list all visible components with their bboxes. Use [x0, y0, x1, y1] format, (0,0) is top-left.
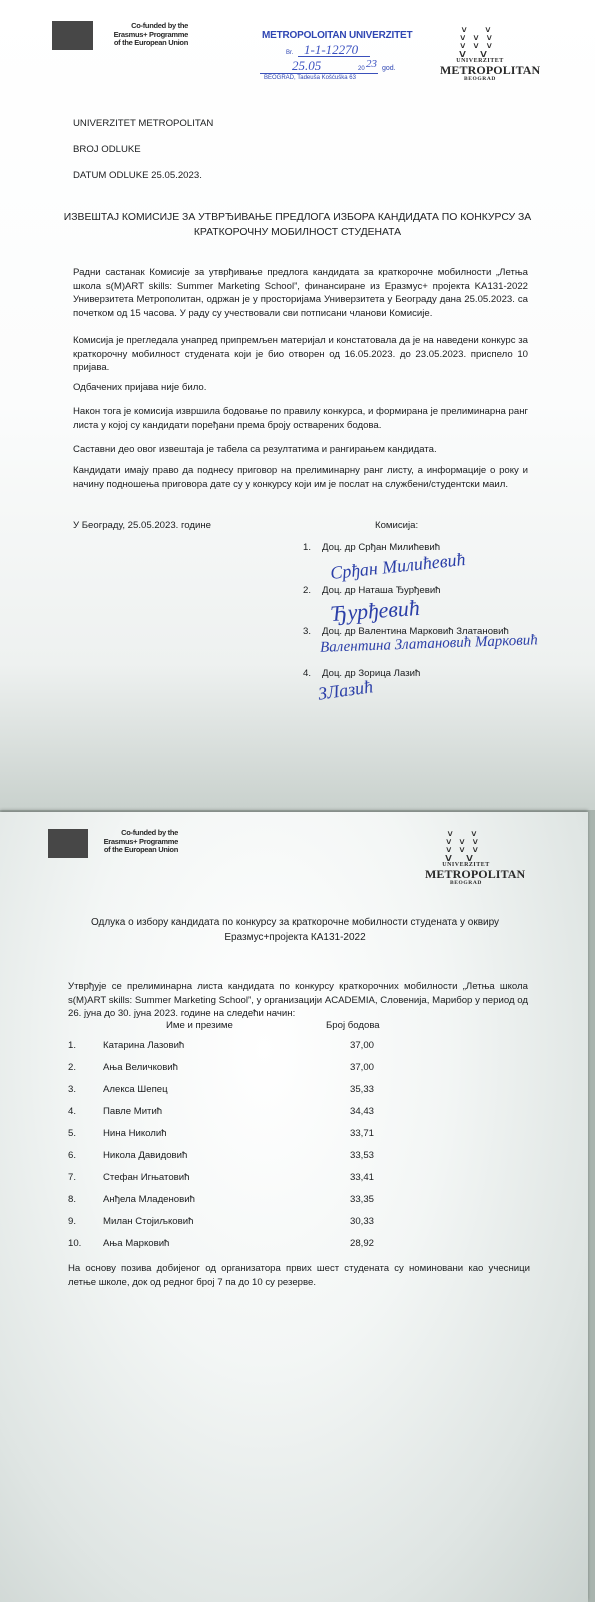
row-points: 37,00: [350, 1062, 374, 1073]
paragraph-scoring: Након тога је комисија извршила бодовање…: [73, 405, 528, 432]
decision-closing: На основу позива добијеног од организато…: [68, 1262, 530, 1289]
stamp-year-suffix: 23: [366, 58, 377, 70]
row-points: 33,53: [350, 1150, 374, 1161]
eu-cofunded-badge: Co-funded by the Erasmus+ Programme of t…: [86, 829, 178, 855]
row-name: Алекса Шепец: [103, 1084, 168, 1095]
stamp-year-label: god.: [382, 65, 396, 72]
member-number: 3.: [303, 625, 311, 639]
report-title: ИЗВЕШТАЈ КОМИСИЈЕ ЗА УТВРЂИВАЊЕ ПРЕДЛОГА…: [40, 210, 555, 240]
row-name: Нина Николић: [103, 1128, 167, 1139]
row-name: Ања Величковић: [103, 1062, 178, 1073]
paragraph-appeal: Кандидати имају право да поднесу пригово…: [73, 464, 528, 491]
row-number: 5.: [68, 1128, 76, 1139]
row-number: 6.: [68, 1150, 76, 1161]
metropolitan-logo: ˅ ˅ ˅˅˅ ˅˅˅ ˅˅ UNIVERZITET METROPOLITAN …: [440, 26, 520, 82]
decision-title-line: Еразмус+пројекта КА131-2022: [40, 930, 550, 945]
member-name: Доц. др Наташа Ђурђевић: [322, 584, 441, 598]
stamp-date-line: [260, 73, 378, 74]
chevron-mark-icon: ˅˅: [440, 50, 520, 58]
row-number: 9.: [68, 1216, 76, 1227]
row-number: 3.: [68, 1084, 76, 1095]
document-page-1: Co-funded by the Erasmus+ Programme of t…: [0, 0, 595, 810]
stamp-number-label: Br.: [286, 50, 293, 56]
row-points: 37,00: [350, 1040, 374, 1051]
header-decision-number: BROJ ODLUKE: [73, 143, 141, 157]
row-points: 30,33: [350, 1216, 374, 1227]
stamp-number-value: 1-1-12270: [304, 42, 358, 58]
row-name: Ања Марковић: [103, 1238, 169, 1249]
stamp-date-value: 25.05: [292, 58, 321, 74]
row-name: Милан Стојиљковић: [103, 1216, 193, 1227]
decision-intro: Утврђује се прелиминарна листа кандидата…: [68, 980, 528, 1021]
signature: Ђурђевић: [329, 595, 420, 627]
row-name: Стефан Игњатовић: [103, 1172, 189, 1183]
row-points: 35,33: [350, 1084, 374, 1095]
document-page-2: Co-funded by the Erasmus+ Programme of t…: [0, 812, 588, 1602]
header-university: UNIVERZITET METROPOLITAN: [73, 117, 213, 131]
stamp-title: METROPOLOITAN UNIVERZITET: [262, 30, 412, 41]
registry-stamp: METROPOLOITAN UNIVERZITET Br. 1-1-12270 …: [258, 30, 408, 88]
row-name: Анђела Младеновић: [103, 1194, 195, 1205]
row-number: 1.: [68, 1040, 76, 1051]
eu-badge-line: of the European Union: [96, 39, 188, 48]
row-points: 33,41: [350, 1172, 374, 1183]
row-name: Катарина Лазовић: [103, 1040, 184, 1051]
row-number: 4.: [68, 1106, 76, 1117]
eu-flag-icon: [52, 21, 93, 50]
report-title-line: КРАТКОРОЧНУ МОБИЛНОСТ СТУДЕНАТА: [40, 225, 555, 240]
paragraph-integral: Саставни део овог извештаја је табела са…: [73, 443, 528, 457]
eu-cofunded-badge: Co-funded by the Erasmus+ Programme of t…: [96, 22, 188, 48]
chevron-mark-icon: ˅˅: [425, 854, 507, 862]
member-number: 4.: [303, 667, 311, 681]
column-header-points: Број бодова: [326, 1019, 380, 1033]
row-points: 33,71: [350, 1128, 374, 1139]
row-points: 28,92: [350, 1238, 374, 1249]
row-number: 7.: [68, 1172, 76, 1183]
eu-flag-icon: [48, 829, 88, 858]
row-points: 33,35: [350, 1194, 374, 1205]
column-header-name: Име и презиме: [166, 1019, 233, 1033]
logo-line-metropolitan: METROPOLITAN: [425, 868, 507, 880]
stamp-address: BEOGRAD, Tadeuša Košćuška 63: [264, 75, 356, 81]
logo-line-metropolitan: METROPOLITAN: [440, 64, 520, 76]
member-number: 1.: [303, 541, 311, 555]
decision-title: Одлука о избору кандидата по конкурсу за…: [40, 915, 550, 945]
row-number: 10.: [68, 1238, 81, 1249]
paragraph-rejected: Одбачених пријава није било.: [73, 381, 528, 395]
place-date: У Београду, 25.05.2023. године: [73, 519, 211, 533]
row-number: 2.: [68, 1062, 76, 1073]
row-name: Никола Давидовић: [103, 1150, 187, 1161]
commission-label: Комисија:: [375, 519, 418, 533]
header-decision-date: DATUM ODLUKE 25.05.2023.: [73, 169, 202, 183]
metropolitan-logo: ˅ ˅ ˅˅˅ ˅˅˅ ˅˅ UNIVERZITET METROPOLITAN …: [425, 830, 507, 886]
eu-badge-line: of the European Union: [86, 846, 178, 855]
member-number: 2.: [303, 584, 311, 598]
row-number: 8.: [68, 1194, 76, 1205]
decision-title-line: Одлука о избору кандидата по конкурсу за…: [40, 915, 550, 930]
paragraph-meeting: Радни састанак Комисије за утврђивање пр…: [73, 266, 528, 320]
row-points: 34,43: [350, 1106, 374, 1117]
stamp-year-prefix: 20: [358, 66, 365, 72]
row-name: Павле Митић: [103, 1106, 162, 1117]
report-title-line: ИЗВЕШТАЈ КОМИСИЈЕ ЗА УТВРЂИВАЊЕ ПРЕДЛОГА…: [40, 210, 555, 225]
paragraph-review: Комисија је прегледала унапред припремље…: [73, 334, 528, 375]
